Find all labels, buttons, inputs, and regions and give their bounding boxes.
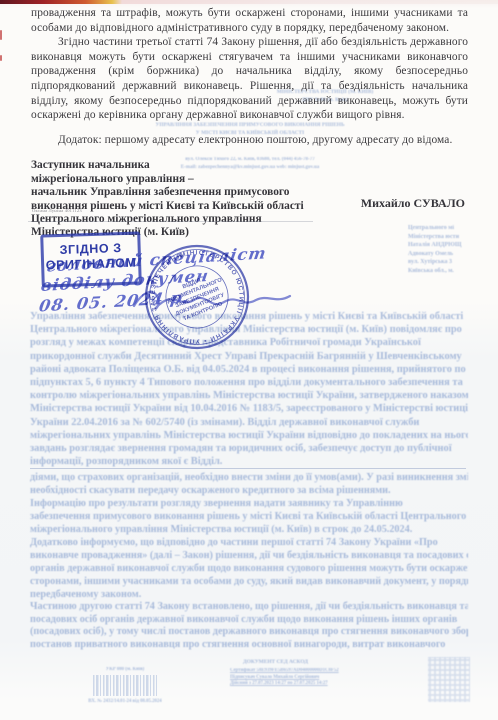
text-line: Частиною другою статті 74 Закону встанов… <box>30 601 468 614</box>
text-line: районі адвоката Поліщенка О.Б. від 04.05… <box>30 363 468 376</box>
bleedthrough-askod-title: ДОКУМЕНТ СЕД АСКОД <box>243 659 423 665</box>
text-line: органів державної виконавчої служби щодо… <box>30 562 468 575</box>
text-line: прикордонної служби Десятинний Хрест Упр… <box>30 350 468 363</box>
text-line: завдань розглядає звернення громадян та … <box>30 442 468 455</box>
signer-title-line: Заступник начальника <box>31 159 468 172</box>
scan-left-fleck-artifact <box>0 55 2 61</box>
text-line: Наталія АНДРЮЩ <box>408 241 498 250</box>
bleedthrough-paragraph-3: Частиною другою статті 74 Закону встанов… <box>30 601 468 651</box>
signer-title-line: Центрального міжрегіонального управління <box>31 213 468 226</box>
scanned-document-page: МІНІСТЕРСТВА ЮСТИЦІЇ (М. КИЇВ)ДНУ №80 (м… <box>0 0 498 720</box>
text-line: інформації, розпорядником якої є Відділ. <box>30 455 468 468</box>
text-line: посадових осіб органів державної виконав… <box>30 614 468 627</box>
bleedthrough-qr-code <box>428 657 470 702</box>
text-line: Підписувач Сувало Михайло Сергійович <box>230 675 425 682</box>
text-line: підпунктах 5, 6 пункту 4 Типового положе… <box>30 376 468 389</box>
text-line: виконавче провадження» (далі – Закон) рі… <box>30 549 468 562</box>
text-line: Київська обл., м. <box>408 267 498 276</box>
text-line: необхідності скасувати передачу оскаржен… <box>30 484 468 497</box>
text-line: забезпечення примусового виконання рішен… <box>30 510 468 523</box>
text-line: постанов приватного виконавця про стягне… <box>30 639 468 652</box>
bleedthrough-barcode-caption-bottom: ВХ. № 2432/14.01-24 від 08.05.2024 <box>55 699 195 704</box>
bleedthrough-askod-block: Сертифікат 58E939FE5B6597AD04000000D1C8F… <box>230 668 425 688</box>
bleedthrough-barcode-caption-top: УКР 080 (м. Київ) <box>75 667 175 672</box>
fold-line <box>28 221 313 222</box>
bleedthrough-paragraph-2: діями, що страхових організацій, необхід… <box>30 471 468 601</box>
text-line: передбаченому законом. <box>30 588 468 601</box>
text-line: вул. Хутірська 3 <box>408 258 498 267</box>
bleedthrough-rule <box>30 468 466 469</box>
text-line: України 22.04.2016 за № 602/5740 (із змі… <box>30 416 468 429</box>
paragraph-article-74: Згідно частини третьої статті 74 Закону … <box>31 35 468 123</box>
text-line: міжрегіонального управління Міністерства… <box>30 523 468 536</box>
text-line: Адвокату Омель <box>408 250 498 259</box>
text-line: Додатково інформуємо, що відповідно до ч… <box>30 536 468 549</box>
signer-title-line: міжрегіонального управління – <box>31 173 468 186</box>
certified-copy-stamp: ЗГІДНО З ОРИГІНАЛОМ <box>40 231 142 287</box>
certified-copy-stamp-line2: ОРИГІНАЛОМ <box>44 256 138 274</box>
text-line: контролю міжрегіональних управлінь Мініс… <box>30 389 468 402</box>
executor-note: Оксана Луніна 4011123 <box>32 208 82 213</box>
text-line: Дійсний з 27.07.2023 14:27 по 27.07.2025… <box>230 681 425 688</box>
text-line: Інформацію про результати розгляду зверн… <box>30 497 468 510</box>
scan-left-fleck-artifact <box>0 30 2 40</box>
text-line: (посадових осіб), у тому числі постанов … <box>30 626 468 639</box>
bleedthrough-barcode <box>93 675 157 696</box>
paragraph-appeal-court: провадження та штрафів, можуть бути оска… <box>31 6 468 35</box>
scan-gradient-strip-artifact <box>0 0 122 4</box>
signer-name: Михайло СУВАЛО <box>361 196 465 211</box>
text-line: сторонами, іншими учасниками та особами … <box>30 575 468 588</box>
text-line: діями, що страхових організацій, необхід… <box>30 471 468 484</box>
text-line: розгляд у межах компетенції скарги предс… <box>30 336 468 349</box>
attachment-note: Додаток: першому адресату електронною по… <box>31 133 468 148</box>
text-line: Міністерства юстиції України від 10.04.2… <box>30 402 468 415</box>
text-line: Сертифікат 58E939FE5B6597AD04000000D1C8F… <box>230 668 425 675</box>
text-line: міжрегіональних управлінь Міністерства ю… <box>30 429 468 442</box>
